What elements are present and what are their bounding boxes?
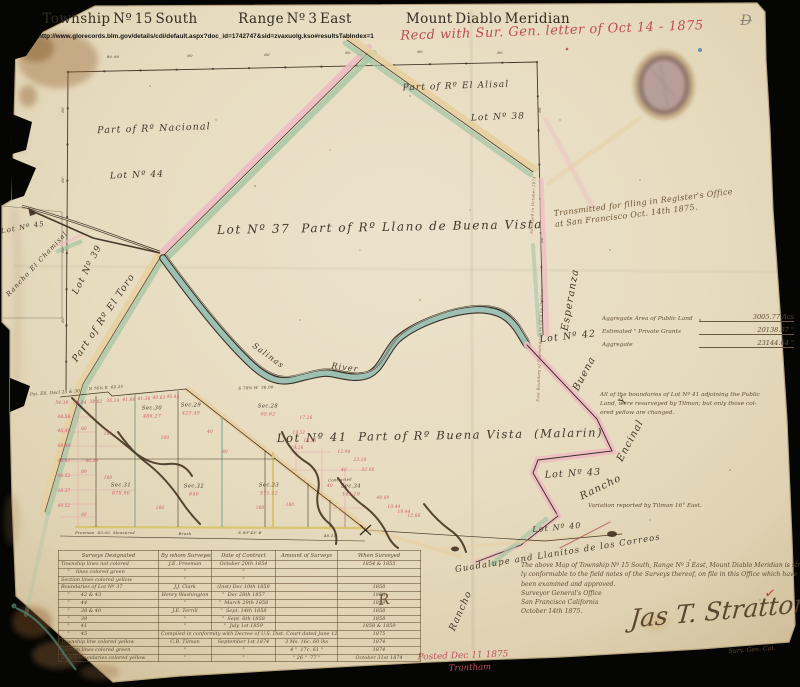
survey-table-cell: Township line colored yellow: [59, 638, 159, 646]
red-acreage-number: 48.52: [58, 474, 71, 478]
survey-table-cell: " 38 & 40: [59, 607, 159, 615]
survey-table-cell: " lines colored green: [59, 568, 159, 576]
red-acreage-number: 19.51: [293, 431, 306, 435]
survey-table-cell: ": [212, 576, 276, 584]
survey-table-cell: Section lines colored green: [59, 646, 159, 654]
signature-title: Surv. Gen. Cal.: [728, 645, 775, 655]
survey-table-header-cell: Amount of Surveys: [276, 551, 338, 561]
section-label: Sec.33: [259, 483, 279, 488]
survey-table-cell: ": [159, 623, 212, 631]
red-acreage-number: 18.26: [304, 439, 317, 443]
resurvey-note: All of the boundaries of Lot Nº 41 adjoi…: [600, 391, 800, 417]
section-area: 65.62: [261, 414, 276, 419]
survey-table-row: Section lines colored green""4 " 17c. 61…: [59, 646, 421, 654]
label-lot-38: Lot Nº 38: [471, 113, 525, 124]
survey-table-cell: Boundaries of Lot Nº 37: [59, 584, 159, 592]
survey-table-row: Township line colored yellowC.B. TilmanS…: [59, 638, 421, 646]
label-part-ro-nacional: Part of Rº Nacional: [97, 122, 211, 135]
red-acreage-number: 12.06: [408, 514, 421, 518]
red-acreage-number: 41.86: [123, 398, 136, 402]
survey-table-cell: J.E. Freeman: [159, 561, 212, 569]
survey-table-body: Township lines not coloredJ.E. FreemanOc…: [59, 561, 421, 662]
section-area: 486.27: [143, 416, 161, 421]
survey-table-header-cell: By whom Surveyed: [159, 551, 212, 561]
survey-table-row: " lines colored green"": [59, 568, 421, 576]
aggregate-label: Estimated " Private Grants: [602, 329, 681, 335]
tiny-annotation: 80: [187, 54, 193, 58]
survey-table-row: " 39"" Sept. 6th 18581858: [59, 615, 421, 623]
survey-table-cell: " 26 " 77 ": [276, 654, 338, 662]
red-acreage-number: 48.37: [58, 489, 71, 493]
label-pat-ex: Pat. EX. Decl 25 & 30: [30, 389, 80, 397]
survey-table-cell: 3 Ms. 16c. 60 lks: [276, 638, 338, 646]
survey-table-cell: J.E. Terrill: [159, 607, 212, 615]
label-lot-41: Lot Nº 41 Part of Rº Buena Vista (Malari…: [277, 427, 604, 444]
red-acreage-number: 80: [81, 470, 87, 474]
label-part-ro-el-alisal: Part of Rº El Alisal: [403, 81, 510, 94]
red-acreage-number: 54.39: [56, 401, 69, 405]
section-area: 423.49: [182, 413, 200, 418]
survey-table-cell: Township lines not colored: [59, 561, 159, 569]
survey-table-cell: Section lines colored yellow: [59, 576, 159, 584]
survey-table-cell: " 42 & 43: [59, 592, 159, 600]
red-acreage-number: 23.18: [354, 458, 367, 462]
survey-table-cell: 1874: [338, 638, 421, 646]
survey-table-cell: [276, 615, 338, 623]
pencil-mark: D: [740, 13, 751, 29]
tiny-annotation: Brush: [178, 532, 191, 536]
survey-table-cell: ": [159, 646, 212, 654]
tiny-annotation: N 76¾ E 60.25: [89, 385, 124, 391]
label-lot-44: Lot Nº 44: [110, 171, 164, 182]
survey-table-cell: " 41: [59, 623, 159, 631]
survey-table-cell: [276, 607, 338, 615]
red-acreage-number: 160: [286, 503, 295, 507]
survey-table-cell: J.J. Clark: [159, 584, 212, 592]
red-acreage-number: 80: [81, 513, 87, 517]
survey-table-cell: ": [212, 654, 276, 662]
survey-table-cell: " July 1st 1859: [212, 623, 276, 631]
variation-note: Variation reported by Tilman 16° East.: [588, 503, 702, 509]
survey-table-row: Boundaries of Lot Nº 37J.J. Clark(Inst) …: [59, 584, 421, 592]
section-label: Sec.32: [184, 484, 204, 489]
survey-table-row: " 45Compiled in conformity with Decree o…: [59, 631, 421, 639]
aggregate-value: 23144.64 ": [699, 339, 794, 348]
section-label: Sec.34: [341, 484, 361, 489]
tiny-annotation: 80: [61, 247, 65, 253]
header-range: Range Nº 3 East: [238, 11, 352, 27]
aggregate-area-table: Aggregate Area of Public Land3005.77 Acs…: [602, 309, 794, 348]
tiny-annotation: 80: [417, 50, 423, 54]
tiny-annotation: Contracted: [328, 477, 352, 482]
red-acreage-number: 36.14: [107, 399, 120, 403]
section-label: Sec.28: [258, 404, 278, 409]
red-acreage-number: 160: [104, 432, 113, 436]
red-acreage-number: 160: [256, 506, 265, 510]
label-rancho-guadalupe: Rancho: [448, 589, 474, 632]
label-rancho-el-chamisal: Rancho El Chamisal: [5, 230, 69, 297]
survey-table-cell: [338, 568, 421, 576]
tiny-annotation: 80: [538, 107, 542, 112]
survey-table-cell: C.B. Tilman: [159, 638, 212, 646]
survey-table-cell: [276, 592, 338, 600]
survey-table-cell: September 1st 1874: [212, 638, 276, 646]
red-acreage-number: 160: [104, 476, 113, 480]
section-label: Sec.31: [111, 483, 131, 488]
red-acreage-number: 40.09: [377, 496, 390, 500]
survey-table-cell: " 39: [59, 615, 159, 623]
survey-table-cell: [276, 568, 338, 576]
red-acreage-number: 80: [81, 427, 87, 431]
aggregate-value: 3005.77 Acs: [699, 313, 794, 322]
survey-table-row: " 41"" July 1st 18591858 & 1859: [59, 623, 421, 631]
survey-table-cell: ": [212, 646, 276, 654]
aggregate-value: 20138.87 ": [699, 326, 794, 335]
tiny-annotation: S 79¾ W 38.00: [238, 385, 273, 390]
survey-table-cell: 1854 & 1855: [338, 561, 421, 569]
red-acreage-number: 40: [207, 430, 213, 434]
tiny-annotation: 80: [264, 53, 270, 57]
survey-table-cell: 4 " 17c. 61 ": [276, 646, 338, 654]
tiny-annotation: 46.11: [324, 534, 336, 538]
survey-table-cell: (Inst) Dec 10th 1858: [212, 584, 276, 592]
red-acreage-number: 40: [341, 468, 347, 472]
tiny-annotation: S 89°43' E: [238, 531, 261, 535]
survey-table-cell: [276, 576, 338, 584]
survey-table-cell: 1874: [338, 646, 421, 654]
tiny-annotation: 80.96: [107, 55, 119, 59]
survey-table-cell: [276, 599, 338, 607]
red-acreage-number: 19.26: [291, 446, 304, 450]
section-area: 149.19: [342, 494, 360, 499]
text-layer: Township Nº 15 South Range Nº 3 East Mou…: [0, 0, 800, 687]
red-acreage-number: 48.44: [58, 444, 71, 448]
aggregate-label: Aggregate: [602, 342, 633, 348]
survey-table-cell: " Dec 28th 1857: [212, 592, 276, 600]
survey-table-cell: [276, 584, 338, 592]
certification-line: been examined and approved.: [521, 580, 799, 589]
tiny-annotation: 80: [61, 317, 65, 323]
section-label: Sec.29: [181, 403, 201, 408]
survey-table-cell: ": [159, 568, 212, 576]
survey-table-header-cell: When Surveyed: [338, 551, 421, 561]
survey-table-row: " 42 & 43Henry Washington" Dec 28th 1857…: [59, 592, 421, 600]
red-acreage-number: 40.63: [153, 396, 166, 400]
certification-line: ly conformable to the field notes of the…: [521, 570, 799, 579]
tiny-annotation: Freeman 83.00 Measured: [75, 531, 135, 535]
red-acreage-number: 46.45: [167, 395, 180, 399]
red-acreage-number: 48.47: [58, 459, 71, 463]
red-acreage-number: 12.98: [338, 450, 351, 454]
aggregate-row: Aggregate23144.64 ": [602, 335, 794, 348]
red-acreage-number: 40.52: [58, 504, 71, 508]
red-acreage-number: 32.06: [362, 468, 375, 472]
posted-annotation-line2: Trantham: [449, 662, 492, 673]
survey-table-row: Ranch boundaries colored yellow""" 26 " …: [59, 654, 421, 662]
survey-table-cell: October 20th 1854: [212, 561, 276, 569]
label-esperanza: Esperanza: [561, 268, 582, 332]
section-area: 640: [189, 494, 199, 499]
survey-table-cell: Compiled in conformity with Decree of U.…: [159, 631, 338, 639]
survey-table-header: Surveys DesignatedBy whom SurveyedDate o…: [59, 551, 421, 561]
label-encinal: Encinal: [616, 418, 646, 463]
red-acreage-number: 48.49: [58, 429, 71, 433]
survey-table-cell: Ranch boundaries colored yellow: [59, 654, 159, 662]
aggregate-label: Aggregate Area of Public Land: [602, 316, 693, 322]
section-area: 678.90: [112, 493, 130, 498]
red-acreage-number: 38.82: [90, 400, 103, 404]
survey-table-row: " 38 & 40J.E. Terrill" Sept. 14th 185818…: [59, 607, 421, 615]
survey-table-cell: [276, 561, 338, 569]
survey-table-row: " 44"" March 29th 18581858: [59, 599, 421, 607]
header-township: Township Nº 15 South: [42, 11, 197, 27]
survey-table-cell: [276, 623, 338, 631]
red-acreage-number: 160: [156, 506, 165, 510]
tiny-annotation: 80: [497, 51, 503, 55]
survey-table-row: Township lines not coloredJ.E. FreemanOc…: [59, 561, 421, 569]
label-buena: Buena: [572, 355, 598, 393]
source-url-overlay: http://www.glorecords.blm.gov/details/cd…: [38, 33, 374, 40]
scanned-plat-map: Township Nº 15 South Range Nº 3 East Mou…: [0, 0, 800, 687]
survey-table-cell: ": [212, 568, 276, 576]
red-check-mark: ✓: [764, 586, 777, 602]
red-acreage-number: 41.36: [138, 397, 151, 401]
survey-table-cell: 1858: [338, 615, 421, 623]
survey-table-cell: " Sept. 6th 1858: [212, 615, 276, 623]
red-acreage-number: 48.58: [58, 415, 71, 419]
survey-table-cell: ": [159, 654, 212, 662]
red-acreage-number: 17.26: [300, 416, 313, 420]
tiny-annotation: East Boundary of Township run in 1874 by…: [536, 288, 544, 402]
label-lot-39: Lot Nº 39: [72, 244, 105, 296]
tiny-annotation: 80: [540, 237, 544, 242]
label-river: River: [331, 362, 359, 374]
survey-table-cell: " 44: [59, 599, 159, 607]
label-lot-43: Lot Nº 43: [544, 468, 601, 480]
transmittal-note: Transmitted for filing in Register's Off…: [553, 186, 735, 230]
survey-table-cell: 1875: [338, 631, 421, 639]
posted-annotation-line1: Posted Dec 11 1875: [417, 649, 508, 662]
aggregate-row: Estimated " Private Grants20138.87 ": [602, 322, 794, 335]
label-salinas: Salinas: [251, 342, 286, 370]
section-label: Sec.30: [142, 406, 162, 411]
red-acreage-number: 80: [222, 450, 228, 454]
label-lot-45: Lot Nº 45: [1, 221, 46, 236]
label-lot-40: Lot Nº 40: [532, 522, 582, 534]
survey-table-cell: October 31st 1874: [338, 654, 421, 662]
survey-table-header-cell: Date of Contract: [212, 551, 276, 561]
survey-table-header-cell: Surveys Designated: [59, 551, 159, 561]
tiny-annotation: 80: [345, 51, 351, 55]
survey-table-cell: ": [159, 576, 212, 584]
tiny-annotation: 80: [61, 177, 65, 183]
certification-line: The above Map of Township Nº 15 South, R…: [521, 561, 799, 570]
survey-table-cell: Henry Washington: [159, 592, 212, 600]
section-area: 571.32: [260, 493, 278, 498]
survey-table-row: Section lines colored yellow"": [59, 576, 421, 584]
survey-record-table: Surveys DesignatedBy whom SurveyedDate o…: [58, 550, 421, 662]
resurvey-line: ored yellow are changed.: [600, 409, 800, 418]
survey-table-cell: [338, 576, 421, 584]
red-acreage-number: 39.04: [74, 401, 87, 405]
survey-table-cell: ": [159, 615, 212, 623]
survey-table-cell: 1858 & 1859: [338, 623, 421, 631]
label-r-mark: R: [377, 592, 390, 608]
resurvey-line: All of the boundaries of Lot Nº 41 adjoi…: [600, 391, 800, 400]
survey-table-cell: " Sept. 14th 1858: [212, 607, 276, 615]
aggregate-row: Aggregate Area of Public Land3005.77 Acs: [602, 309, 794, 322]
red-acreage-number: 40: [327, 484, 333, 488]
label-lot-37: Lot Nº 37 Part of Rº Llano de Buena Vist…: [217, 218, 543, 236]
tiny-annotation: 80: [61, 107, 65, 113]
survey-table-cell: ": [159, 599, 212, 607]
survey-table-cell: " March 29th 1858: [212, 599, 276, 607]
red-acreage-number: 86.39: [86, 459, 99, 463]
survey-table-cell: " 45: [59, 631, 159, 639]
red-acreage-number: 160: [161, 436, 170, 440]
